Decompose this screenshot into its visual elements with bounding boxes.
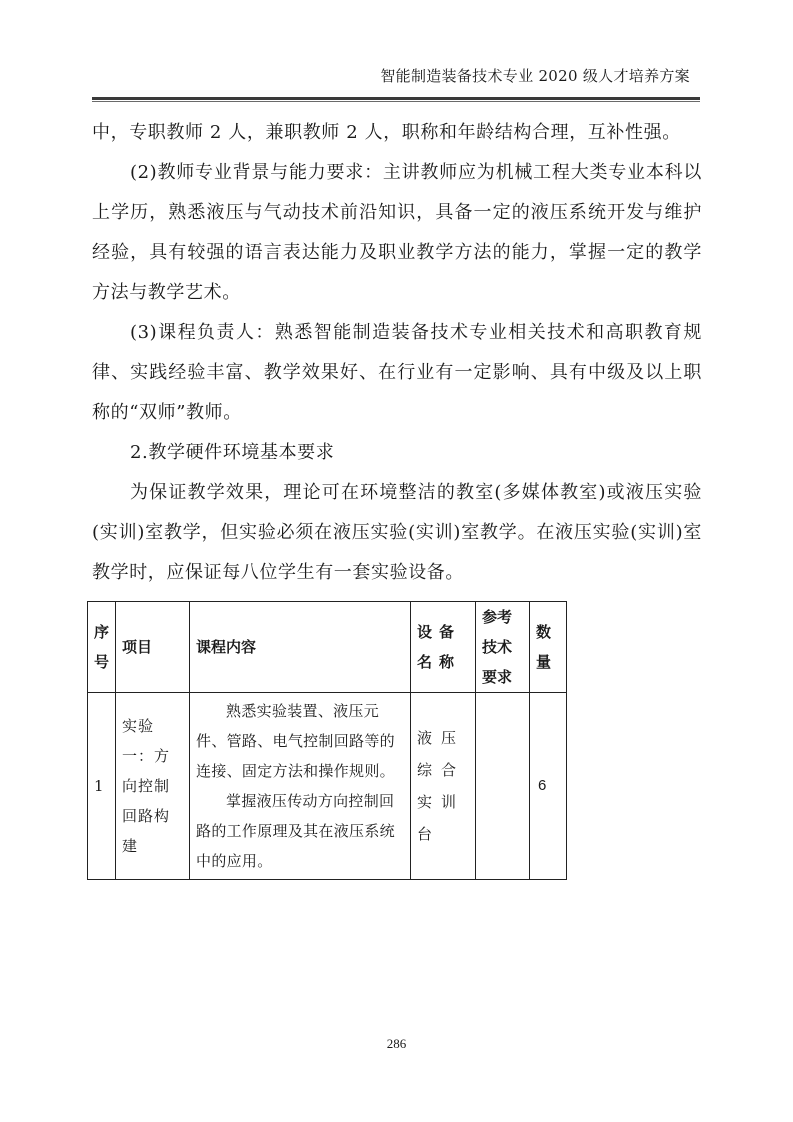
- header-rule-thin: [92, 101, 700, 102]
- header-seq: 序号: [88, 602, 116, 693]
- section-heading-hardware: 2.教学硬件环境基本要求: [92, 433, 702, 473]
- cell-content: 熟悉实验装置、液压元件、管路、电气控制回路等的连接、固定方法和操作规则。 掌握液…: [190, 693, 411, 880]
- page-number: 286: [0, 1036, 793, 1052]
- page-header: 智能制造装备技术专业 2020 级人才培养方案: [92, 66, 700, 92]
- header-project: 项目: [116, 602, 190, 693]
- document-title: 智能制造装备技术专业 2020 级人才培养方案: [380, 66, 690, 86]
- table-row: 1 实验一：方向控制回路构建 熟悉实验装置、液压元件、管路、电气控制回路等的连接…: [88, 693, 567, 880]
- cell-tech-req: [476, 693, 530, 880]
- paragraph-teacher-requirements: (2)教师专业背景与能力要求：主讲教师应为机械工程大类专业本科以上学历，熟悉液压…: [92, 153, 702, 313]
- paragraph-course-leader: (3)课程负责人：熟悉智能制造装备技术专业相关技术和高职教育规律、实践经验丰富、…: [92, 313, 702, 433]
- body-text: 中，专职教师 2 人，兼职教师 2 人，职称和年龄结构合理，互补性强。 (2)教…: [92, 113, 702, 593]
- header-quantity: 数量: [530, 602, 567, 693]
- table-header-row: 序号 项目 课程内容 设备名称 参考技术要求 数量: [88, 602, 567, 693]
- paragraph-hardware-requirements: 为保证教学效果，理论可在环境整洁的教室(多媒体教室)或液压实验(实训)室教学，但…: [92, 473, 702, 593]
- content-paragraph-1: 熟悉实验装置、液压元件、管路、电气控制回路等的连接、固定方法和操作规则。: [196, 696, 404, 786]
- header-rule: [92, 97, 700, 100]
- header-equipment: 设备名称: [411, 602, 476, 693]
- cell-equipment: 液压综合实训台: [411, 693, 476, 880]
- cell-project: 实验一：方向控制回路构建: [116, 693, 190, 880]
- content-paragraph-2: 掌握液压传动方向控制回路的工作原理及其在液压系统中的应用。: [196, 786, 404, 876]
- header-content: 课程内容: [190, 602, 411, 693]
- paragraph-continuation: 中，专职教师 2 人，兼职教师 2 人，职称和年龄结构合理，互补性强。: [92, 113, 702, 153]
- cell-seq: 1: [88, 693, 116, 880]
- header-tech-req: 参考技术要求: [476, 602, 530, 693]
- equipment-table: 序号 项目 课程内容 设备名称 参考技术要求 数量 1 实验一：方向控制回路构建…: [87, 601, 567, 880]
- cell-quantity: 6: [530, 693, 567, 880]
